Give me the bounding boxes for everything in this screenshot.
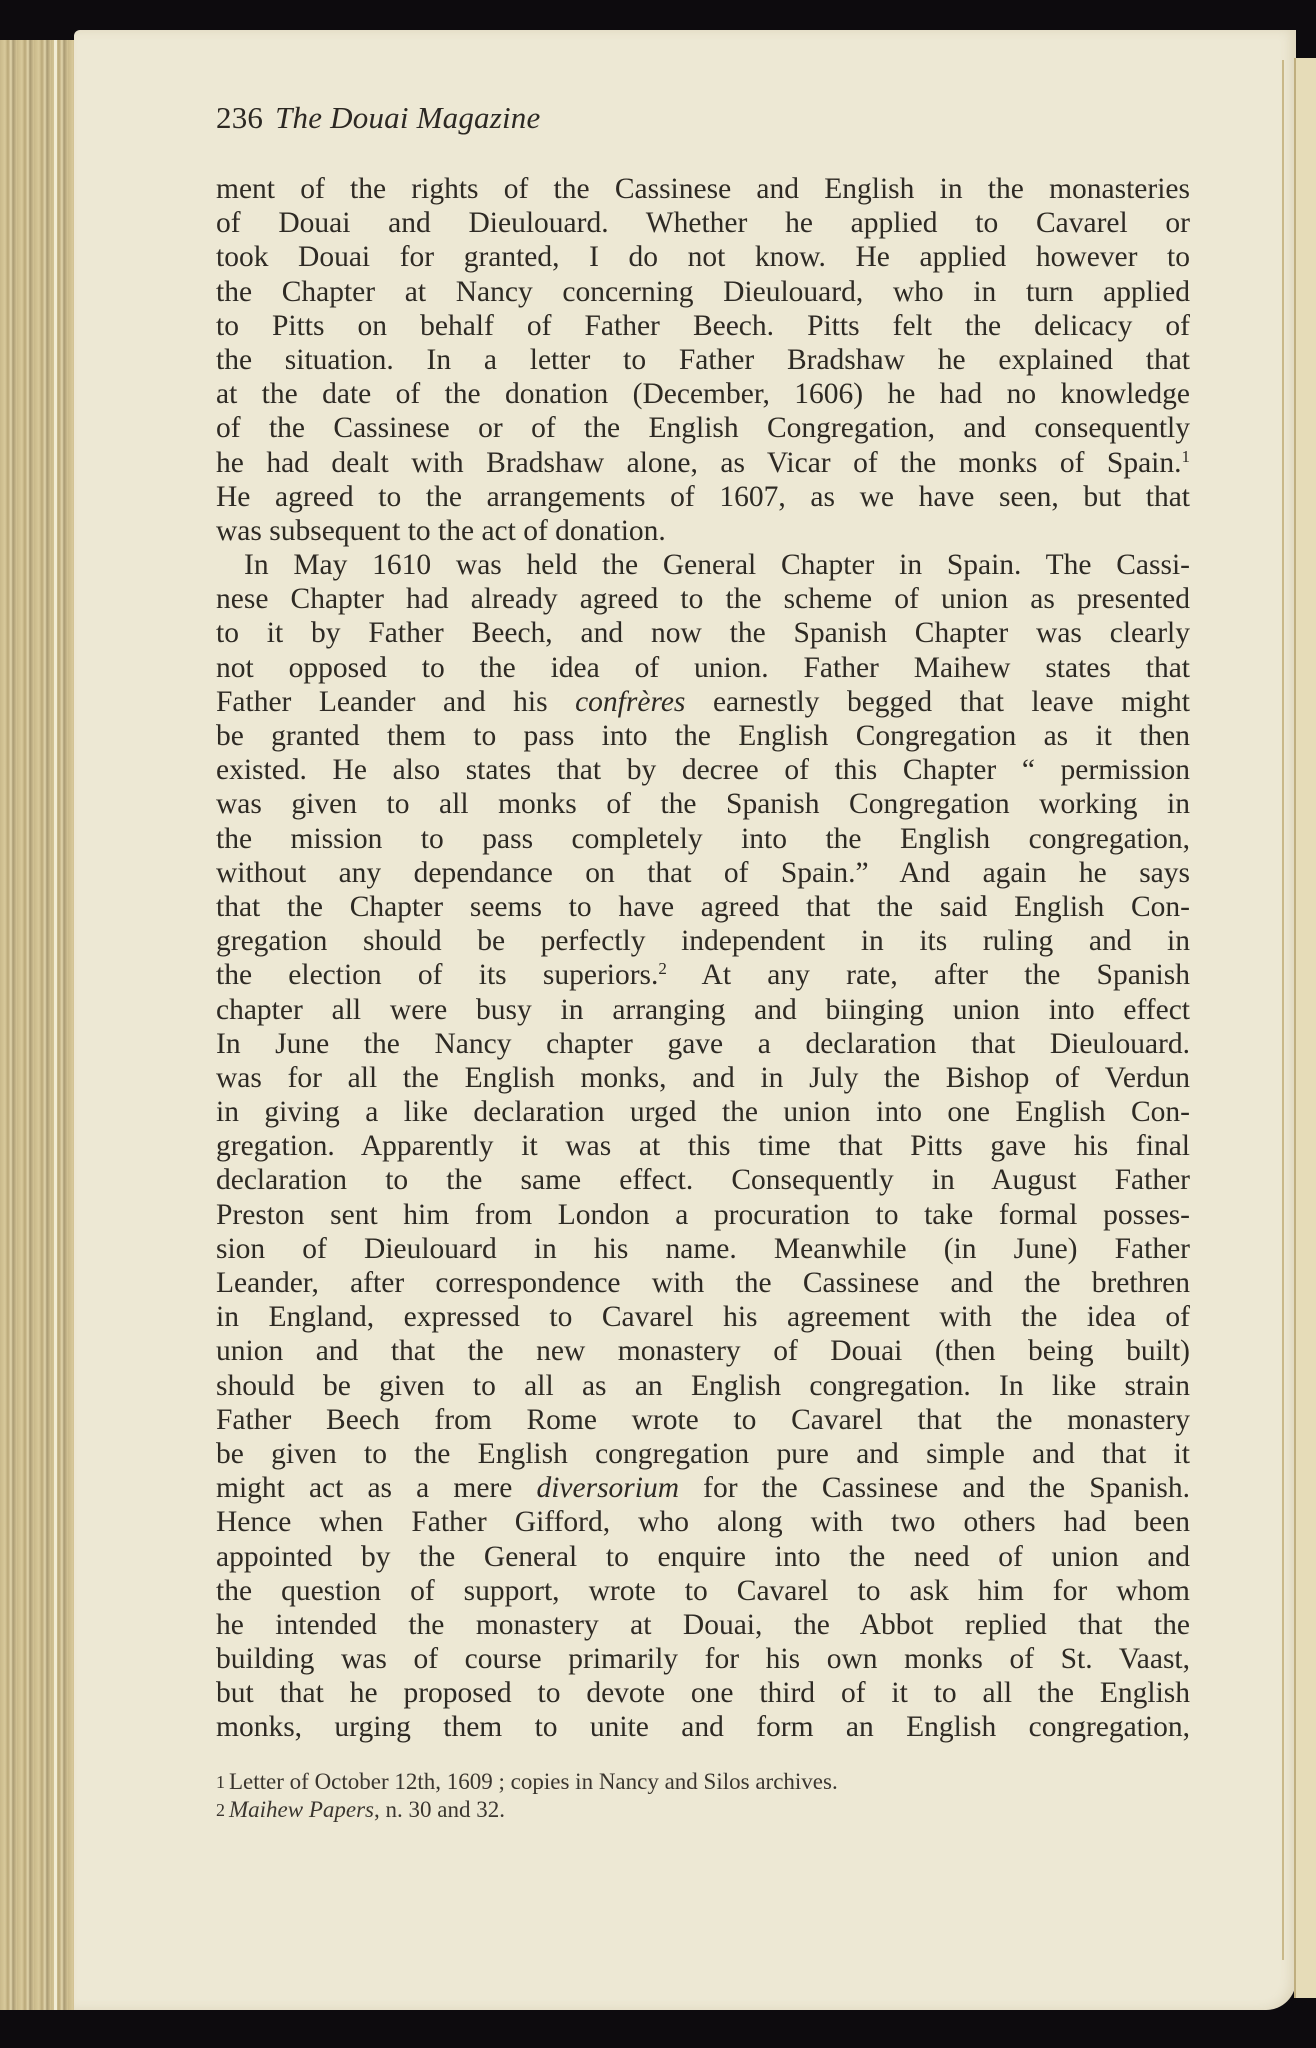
text-run: but that he proposed to devote one third… (216, 1677, 1190, 1709)
text-line: the question of support, wrote to Cavare… (216, 1574, 1190, 1608)
text-line: he intended the monastery at Douai, the … (216, 1608, 1190, 1642)
text-run: existed. He also states that by decree o… (216, 754, 1190, 786)
text-line: the election of its superiors.2 At any r… (216, 958, 1190, 992)
italic-text: confrères (575, 686, 685, 718)
text-run: the question of support, wrote to Cavare… (216, 1575, 1190, 1607)
footnote-number: 2 (216, 1800, 225, 1820)
text-line: be granted them to pass into the English… (216, 719, 1190, 753)
text-run: that the Chapter seems to have agreed th… (216, 891, 1190, 923)
text-line: Leander, after correspondence with the C… (216, 1266, 1190, 1300)
running-title: The Douai Magazine (275, 100, 540, 135)
text-run: Father Beech from Rome wrote to Cavarel … (216, 1404, 1190, 1436)
text-run: Hence when Father Gifford, who along wit… (216, 1506, 1190, 1538)
text-run: earnestly begged that leave might (685, 686, 1190, 718)
book-page-edges (0, 40, 76, 2010)
text-run: Preston sent him from London a procurati… (216, 1199, 1190, 1231)
text-run: the election of its superiors. (216, 959, 658, 991)
text-run: he intended the monastery at Douai, the … (216, 1609, 1190, 1641)
text-run: in giving a like declaration urged the u… (216, 1096, 1190, 1128)
footnote-reference: 2 (658, 959, 667, 978)
footnote-reference: 1 (1182, 447, 1191, 466)
text-line: was subsequent to the act of donation. (216, 514, 1190, 548)
text-run: be granted them to pass into the English… (216, 720, 1190, 752)
text-run: ment of the rights of the Cassinese and … (216, 173, 1190, 205)
text-line: of Douai and Dieulouard. Whether he appl… (216, 206, 1190, 240)
text-line: in England, expressed to Cavarel his agr… (216, 1300, 1190, 1334)
text-line: took Douai for granted, I do not know. H… (216, 240, 1190, 274)
text-line: to Pitts on behalf of Father Beech. Pitt… (216, 309, 1190, 343)
text-line: monks, urging them to unite and form an … (216, 1710, 1190, 1744)
text-run: was for all the English monks, and in Ju… (216, 1062, 1190, 1094)
text-run: to it by Father Beech, and now the Spani… (216, 617, 1190, 649)
text-run: of Douai and Dieulouard. Whether he appl… (216, 207, 1190, 239)
text-run: took Douai for granted, I do not know. H… (216, 241, 1190, 273)
text-line: was for all the English monks, and in Ju… (216, 1061, 1190, 1095)
text-line: chapter all were busy in arranging and b… (216, 993, 1190, 1027)
text-line: nese Chapter had already agreed to the s… (216, 582, 1190, 616)
text-line: appointed by the General to enquire into… (216, 1540, 1190, 1574)
facing-page-edge (1294, 58, 1316, 1998)
text-line: at the date of the donation (December, 1… (216, 377, 1190, 411)
running-header: 236The Douai Magazine (216, 100, 540, 136)
text-line: existed. He also states that by decree o… (216, 753, 1190, 787)
text-run: In May 1610 was held the General Chapter… (244, 549, 1190, 581)
text-run: of the Cassinese or of the English Congr… (216, 412, 1190, 444)
text-line: In June the Nancy chapter gave a declara… (216, 1027, 1190, 1061)
text-run: building was of course primarily for his… (216, 1643, 1190, 1675)
text-run: might act as a mere (216, 1472, 536, 1504)
text-run: for the Cassinese and the Spanish. (679, 1472, 1190, 1504)
text-run: chapter all were busy in arranging and b… (216, 994, 1190, 1026)
text-line: was given to all monks of the Spanish Co… (216, 787, 1190, 821)
text-run: without any dependance on that of Spain.… (216, 857, 1190, 889)
text-line: Hence when Father Gifford, who along wit… (216, 1505, 1190, 1539)
text-line: the mission to pass completely into the … (216, 822, 1190, 856)
text-run: union and that the new monastery of Doua… (216, 1335, 1190, 1367)
text-run: Leander, after correspondence with the C… (216, 1267, 1190, 1299)
text-run: the mission to pass completely into the … (216, 823, 1190, 855)
text-run: , n. 30 and 32. (374, 1797, 505, 1822)
italic-text: Maihew Papers (229, 1797, 374, 1822)
text-run: in England, expressed to Cavarel his agr… (216, 1301, 1190, 1333)
text-line: be given to the English congregation pur… (216, 1437, 1190, 1471)
text-run: he had dealt with Bradshaw alone, as Vic… (216, 447, 1182, 479)
text-line: gregation. Apparently it was at this tim… (216, 1129, 1190, 1163)
text-run: was given to all monks of the Spanish Co… (216, 788, 1190, 820)
text-run: gregation. Apparently it was at this tim… (216, 1130, 1190, 1162)
text-run: at the date of the donation (December, 1… (216, 378, 1190, 410)
text-run: declaration to the same effect. Conseque… (216, 1164, 1190, 1196)
text-line: union and that the new monastery of Doua… (216, 1334, 1190, 1368)
text-run: sion of Dieulouard in his name. Meanwhil… (216, 1233, 1190, 1265)
text-run: He agreed to the arrangements of 1607, a… (216, 481, 1190, 513)
text-run: should be given to all as an English con… (216, 1370, 1190, 1402)
text-run: monks, urging them to unite and form an … (216, 1711, 1190, 1743)
text-run: Father Leander and his (216, 686, 575, 718)
text-line: should be given to all as an English con… (216, 1369, 1190, 1403)
footnote: 1Letter of October 12th, 1609 ; copies i… (216, 1768, 1190, 1796)
text-line: not opposed to the idea of union. Father… (216, 651, 1190, 685)
text-run: appointed by the General to enquire into… (216, 1541, 1190, 1573)
text-line: He agreed to the arrangements of 1607, a… (216, 480, 1190, 514)
text-run: Letter of October 12th, 1609 ; copies in… (229, 1769, 838, 1794)
footnotes: 1Letter of October 12th, 1609 ; copies i… (216, 1768, 1190, 1824)
page-number: 236 (216, 100, 263, 135)
text-run: In June the Nancy chapter gave a declara… (216, 1028, 1190, 1060)
text-line: but that he proposed to devote one third… (216, 1676, 1190, 1710)
text-line: the situation. In a letter to Father Bra… (216, 343, 1190, 377)
text-line: declaration to the same effect. Conseque… (216, 1163, 1190, 1197)
text-run: to Pitts on behalf of Father Beech. Pitt… (216, 310, 1190, 342)
text-line: sion of Dieulouard in his name. Meanwhil… (216, 1232, 1190, 1266)
text-run: gregation should be perfectly independen… (216, 925, 1190, 957)
text-run: the situation. In a letter to Father Bra… (216, 344, 1190, 376)
body-text: ment of the rights of the Cassinese and … (216, 172, 1190, 1745)
footnote-number: 1 (216, 1772, 225, 1792)
text-run: the Chapter at Nancy concerning Dieuloua… (216, 276, 1190, 308)
text-line: without any dependance on that of Spain.… (216, 856, 1190, 890)
text-line: Father Leander and his confrères earnest… (216, 685, 1190, 719)
text-line: of the Cassinese or of the English Congr… (216, 411, 1190, 445)
text-run: nese Chapter had already agreed to the s… (216, 583, 1190, 615)
text-run: not opposed to the idea of union. Father… (216, 652, 1190, 684)
italic-text: diversorium (536, 1472, 679, 1504)
text-line: Preston sent him from London a procurati… (216, 1198, 1190, 1232)
text-line: might act as a mere diversorium for the … (216, 1471, 1190, 1505)
text-line: Father Beech from Rome wrote to Cavarel … (216, 1403, 1190, 1437)
text-line: he had dealt with Bradshaw alone, as Vic… (216, 446, 1190, 480)
footnote: 2Maihew Papers, n. 30 and 32. (216, 1796, 1190, 1824)
text-line: in giving a like declaration urged the u… (216, 1095, 1190, 1129)
text-run: be given to the English congregation pur… (216, 1438, 1190, 1470)
text-line: In May 1610 was held the General Chapter… (216, 548, 1190, 582)
text-line: ment of the rights of the Cassinese and … (216, 172, 1190, 206)
text-run: At any rate, after the Spanish (667, 959, 1190, 991)
text-line: building was of course primarily for his… (216, 1642, 1190, 1676)
text-line: that the Chapter seems to have agreed th… (216, 890, 1190, 924)
text-run: was subsequent to the act of donation. (216, 515, 666, 547)
text-line: gregation should be perfectly independen… (216, 924, 1190, 958)
text-line: the Chapter at Nancy concerning Dieuloua… (216, 275, 1190, 309)
text-line: to it by Father Beech, and now the Spani… (216, 616, 1190, 650)
